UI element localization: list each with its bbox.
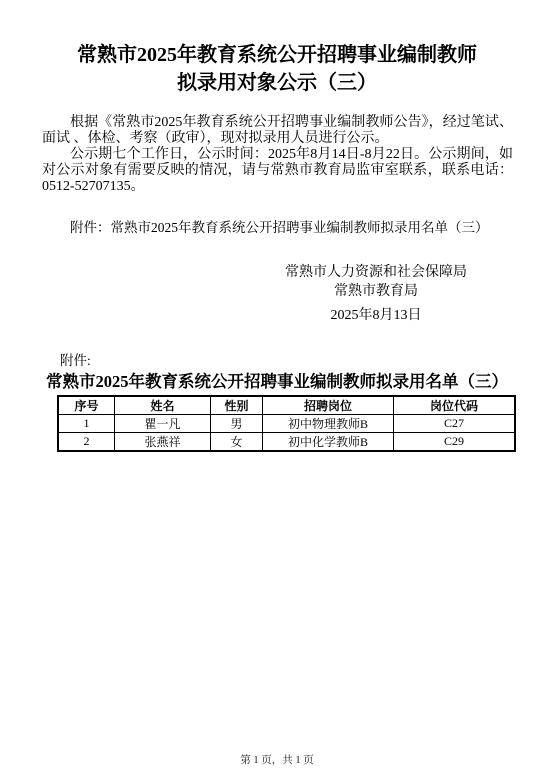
table-row: 1 瞿一凡 男 初中物理教师B C27 <box>58 415 515 433</box>
table-row: 2 张燕祥 女 初中化学教师B C29 <box>58 433 515 452</box>
signature-date: 2025年8月13日 <box>282 307 470 326</box>
document-title-line1: 常熟市2025年教育系统公开招聘事业编制教师 <box>0 41 554 69</box>
header-seq: 序号 <box>58 396 115 415</box>
page-number-footer: 第 1 页，共 1 页 <box>0 752 554 767</box>
body-paragraph-2: 公示期七个工作日，公示时间：2025年8月14日-8月22日。公示期间，如对公示… <box>42 147 513 195</box>
cell-code: C29 <box>394 433 516 452</box>
signature-block: 常熟市人力资源和社会保障局 常熟市教育局 2025年8月13日 <box>282 264 470 326</box>
header-sex: 性别 <box>211 396 263 415</box>
signature-org2: 常熟市教育局 <box>282 283 470 302</box>
cell-post: 初中化学教师B <box>263 433 394 452</box>
attachment-reference-line: 附件：常熟市2025年教育系统公开招聘事业编制教师拟录用名单（三） <box>42 220 522 236</box>
header-post: 招聘岗位 <box>263 396 394 415</box>
cell-post: 初中物理教师B <box>263 415 394 433</box>
document-title: 常熟市2025年教育系统公开招聘事业编制教师 拟录用对象公示（三） <box>0 41 554 97</box>
cell-seq: 1 <box>58 415 115 433</box>
roster-table-title: 常熟市2025年教育系统公开招聘事业编制教师拟录用名单（三） <box>0 368 554 392</box>
document-body: 根据《常熟市2025年教育系统公开招聘事业编制教师公告》，经过笔试、面试 、体检… <box>42 115 513 195</box>
cell-code: C27 <box>394 415 516 433</box>
announcement-document-page: 常熟市2025年教育系统公开招聘事业编制教师 拟录用对象公示（三） 根据《常熟市… <box>0 0 554 784</box>
body-paragraph-1: 根据《常熟市2025年教育系统公开招聘事业编制教师公告》，经过笔试、面试 、体检… <box>42 115 513 147</box>
roster-table: 序号 姓名 性别 招聘岗位 岗位代码 1 瞿一凡 男 初中物理教师B C27 2… <box>57 395 516 452</box>
cell-sex: 男 <box>211 415 263 433</box>
cell-name: 张燕祥 <box>115 433 211 452</box>
cell-seq: 2 <box>58 433 115 452</box>
attachment-section-label: 附件: <box>60 349 91 369</box>
cell-name: 瞿一凡 <box>115 415 211 433</box>
table-header-row: 序号 姓名 性别 招聘岗位 岗位代码 <box>58 396 515 415</box>
signature-org1: 常熟市人力资源和社会保障局 <box>282 264 470 283</box>
cell-sex: 女 <box>211 433 263 452</box>
header-code: 岗位代码 <box>394 396 516 415</box>
document-title-line2: 拟录用对象公示（三） <box>0 69 554 97</box>
header-name: 姓名 <box>115 396 211 415</box>
